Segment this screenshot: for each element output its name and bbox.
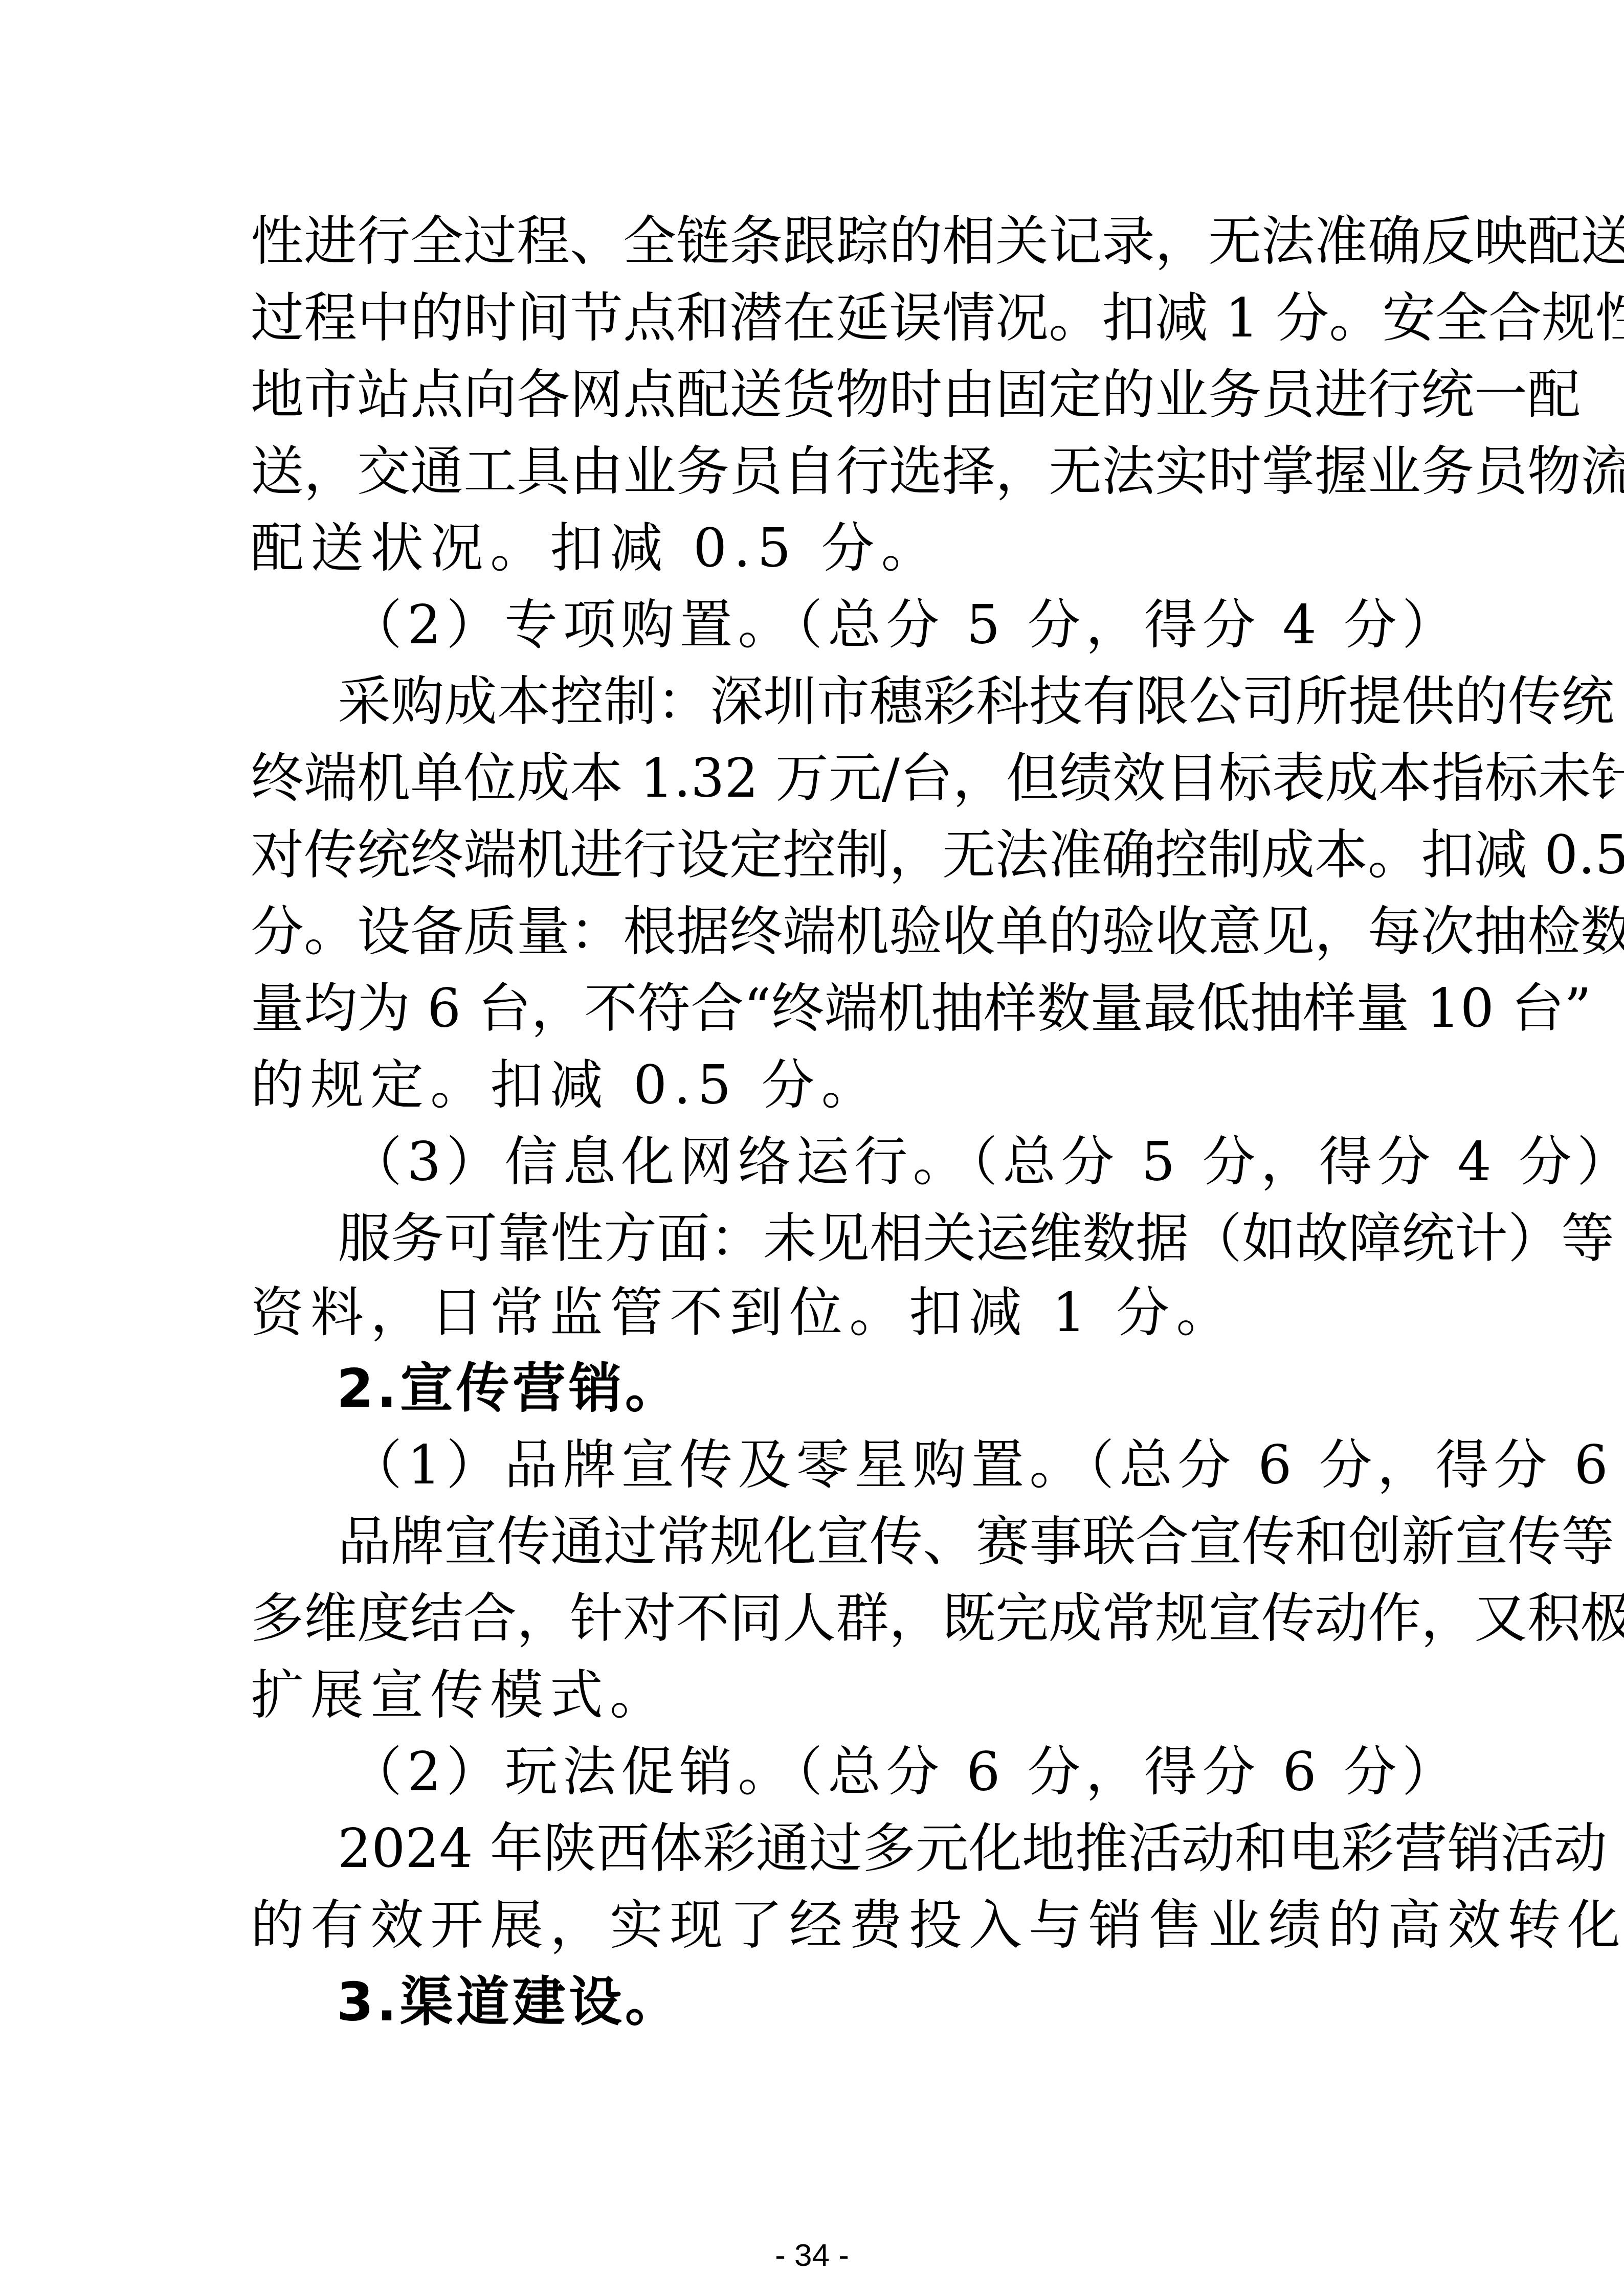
subheading-brand-promotion: （1）品牌宣传及零星购置。（总分 6 分，得分 6 分） bbox=[251, 1427, 1388, 1503]
body-line: 量均为 6 台，不符合“终端机抽样数量最低抽样量 10 台” bbox=[251, 970, 1388, 1047]
body-line: 资料，日常监管不到位。扣减 1 分。 bbox=[251, 1274, 1388, 1351]
subheading-game-promotion: （2）玩法促销。（总分 6 分，得分 6 分） bbox=[251, 1734, 1388, 1810]
subheading-it-network: （3）信息化网络运行。（总分 5 分，得分 4 分） bbox=[251, 1123, 1388, 1200]
subheading-special-purchase: （2）专项购置。（总分 5 分，得分 4 分） bbox=[251, 587, 1388, 663]
body-line: 2024 年陕西体彩通过多元化地推活动和电彩营销活动 bbox=[251, 1810, 1388, 1887]
heading-marketing: 2.宣传营销。 bbox=[251, 1350, 1388, 1427]
body-line: 采购成本控制：深圳市穗彩科技有限公司所提供的传统 bbox=[251, 663, 1388, 740]
body-line: 的规定。扣减 0.5 分。 bbox=[251, 1047, 1388, 1123]
body-line: 终端机单位成本 1.32 万元/台，但绩效目标表成本指标未针 bbox=[251, 740, 1388, 817]
body-line: 服务可靠性方面：未见相关运维数据（如故障统计）等 bbox=[251, 1200, 1388, 1277]
body-line: 扩展宣传模式。 bbox=[251, 1657, 1388, 1734]
body-line: 配送状况。扣减 0.5 分。 bbox=[251, 510, 1388, 587]
body-line: 地市站点向各网点配送货物时由固定的业务员进行统一配 bbox=[251, 356, 1388, 433]
body-line: 对传统终端机进行设定控制，无法准确控制成本。扣减 0.5 bbox=[251, 817, 1388, 893]
heading-channel-construction: 3.渠道建设。 bbox=[251, 1964, 1388, 2040]
body-line: 送，交通工具由业务员自行选择，无法实时掌握业务员物流 bbox=[251, 433, 1388, 510]
page-number: - 34 - bbox=[0, 2237, 1624, 2274]
document-page: 性进行全过程、全链条跟踪的相关记录，无法准确反映配送 过程中的时间节点和潜在延误… bbox=[0, 0, 1624, 2296]
body-line: 分。设备质量：根据终端机验收单的验收意见，每次抽检数 bbox=[251, 893, 1388, 970]
body-line: 多维度结合，针对不同人群，既完成常规宣传动作，又积极 bbox=[251, 1580, 1388, 1657]
body-line: 性进行全过程、全链条跟踪的相关记录，无法准确反映配送 bbox=[251, 203, 1388, 280]
body-line: 的有效开展，实现了经费投入与销售业绩的高效转化。 bbox=[251, 1887, 1388, 1964]
body-line: 品牌宣传通过常规化宣传、赛事联合宣传和创新宣传等 bbox=[251, 1503, 1388, 1580]
body-line: 过程中的时间节点和潜在延误情况。扣减 1 分。安全合规性: bbox=[251, 280, 1388, 356]
